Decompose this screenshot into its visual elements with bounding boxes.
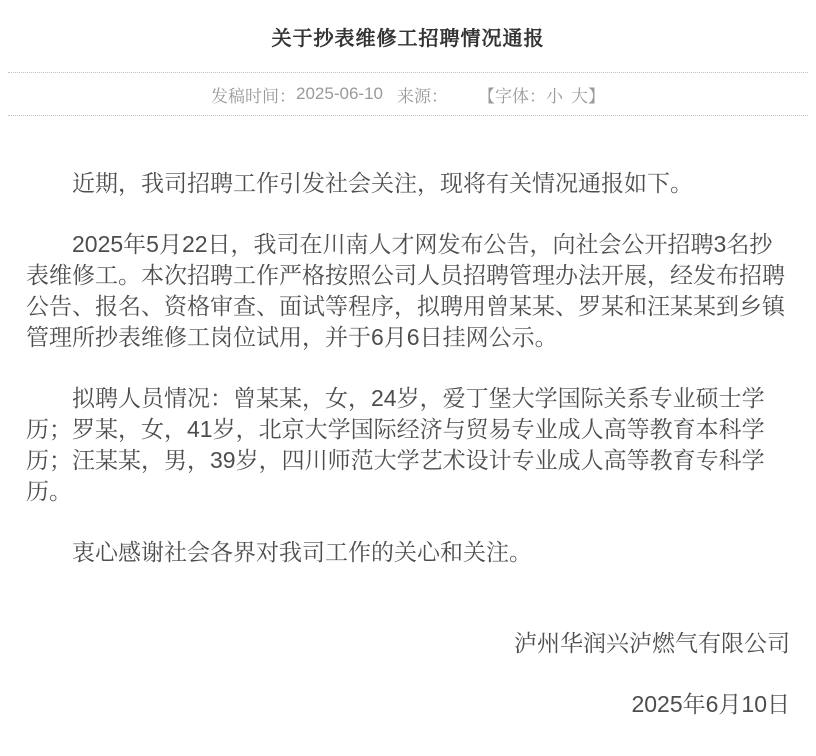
paragraph-recruitment-process: 2025年5月22日，我司在川南人才网发布公告，向社会公开招聘3名抄表维修工。本…	[26, 229, 790, 353]
font-small-button[interactable]: 小	[546, 82, 563, 107]
title-section: 关于抄表维修工招聘情况通报	[0, 0, 816, 72]
paragraph-intro: 近期，我司招聘工作引发社会关注，现将有关情况通报如下。	[26, 168, 790, 199]
font-size-control-prefix: 【字体：	[478, 82, 546, 107]
page-title: 关于抄表维修工招聘情况通报	[272, 22, 545, 51]
publish-time-label: 发稿时间：	[211, 82, 296, 107]
article-body: 近期，我司招聘工作引发社会关注，现将有关情况通报如下。 2025年5月22日，我…	[0, 116, 816, 720]
announcement-date: 2025年6月10日	[26, 689, 790, 720]
company-signature: 泸州华润兴泸燃气有限公司	[26, 628, 790, 659]
meta-bar: 发稿时间：2025-06-10来源：【字体：小大】	[8, 72, 808, 116]
announcement-page: 关于抄表维修工招聘情况通报 发稿时间：2025-06-10来源：【字体：小大】 …	[0, 0, 816, 756]
paragraph-thanks: 衷心感谢社会各界对我司工作的关心和关注。	[26, 537, 790, 568]
publish-time-value: 2025-06-10	[296, 84, 383, 104]
paragraph-candidates: 拟聘人员情况：曾某某，女，24岁，爱丁堡大学国际关系专业硕士学历；罗某，女，41…	[26, 383, 790, 507]
font-size-control-suffix: 】	[588, 82, 605, 107]
font-large-button[interactable]: 大	[571, 82, 588, 107]
source-label: 来源：	[397, 82, 448, 107]
